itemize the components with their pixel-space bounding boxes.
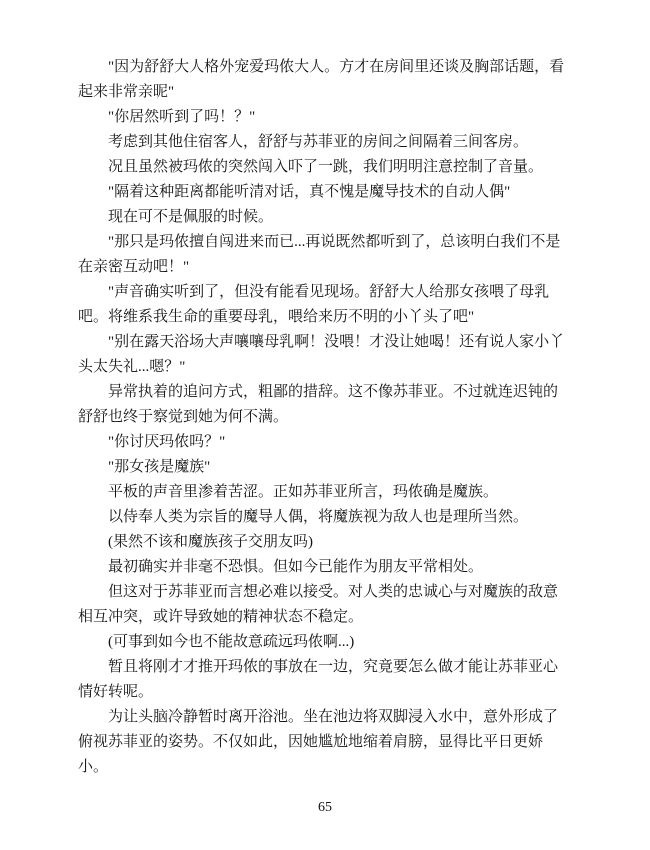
paragraph: 暂且将刚才才推开玛侬的事放在一边，究竟要怎么做才能让苏菲亚心情好转呢。 [78,655,570,705]
paragraph: "别在露天浴场大声嚷嚷母乳啊！没喂！才没让她喝！还有说人家小丫头太失礼...嗯？… [78,330,570,380]
paragraph: 现在可不是佩服的时候。 [78,205,570,230]
paragraph: (可事到如今也不能故意疏远玛侬啊...) [78,630,570,655]
paragraph: "因为舒舒大人格外宠爱玛侬大人。方才在房间里还谈及胸部话题，看起来非常亲昵" [78,55,570,105]
paragraph: "你居然听到了吗！？" [78,105,570,130]
paragraph: "那女孩是魔族" [78,455,570,480]
paragraph: 最初确实并非毫不恐惧。但如今已能作为朋友平常相处。 [78,555,570,580]
paragraph: "声音确实听到了，但没有能看见现场。舒舒大人给那女孩喂了母乳吧。将维系我生命的重… [78,280,570,330]
paragraph: 以侍奉人类为宗旨的魔导人偶，将魔族视为敌人也是理所当然。 [78,505,570,530]
paragraph: 为让头脑冷静暂时离开浴池。坐在池边将双脚浸入水中，意外形成了俯视苏菲亚的姿势。不… [78,705,570,780]
paragraph: 但这对于苏菲亚而言想必难以接受。对人类的忠诚心与对魔族的敌意相互冲突，或许导致她… [78,580,570,630]
page-number: 65 [0,800,650,816]
paragraph: "那只是玛侬擅自闯进来而已...再说既然都听到了，总该明白我们不是在亲密互动吧！… [78,230,570,280]
paragraph: "隔着这种距离都能听清对话，真不愧是魔导技术的自动人偶" [78,180,570,205]
paragraph: 况且虽然被玛侬的突然闯入吓了一跳，我们明明注意控制了音量。 [78,155,570,180]
paragraph: "你讨厌玛侬吗？" [78,430,570,455]
paragraph: 异常执着的追问方式，粗鄙的措辞。这不像苏菲亚。不过就连迟钝的舒舒也终于察觉到她为… [78,380,570,430]
paragraph: 平板的声音里渗着苦涩。正如苏菲亚所言，玛侬确是魔族。 [78,480,570,505]
document-page: "因为舒舒大人格外宠爱玛侬大人。方才在房间里还谈及胸部话题，看起来非常亲昵""你… [0,0,650,850]
paragraph: (果然不该和魔族孩子交朋友吗) [78,530,570,555]
paragraph: 考虑到其他住宿客人，舒舒与苏菲亚的房间之间隔着三间客房。 [78,130,570,155]
text-block: "因为舒舒大人格外宠爱玛侬大人。方才在房间里还谈及胸部话题，看起来非常亲昵""你… [78,55,570,780]
